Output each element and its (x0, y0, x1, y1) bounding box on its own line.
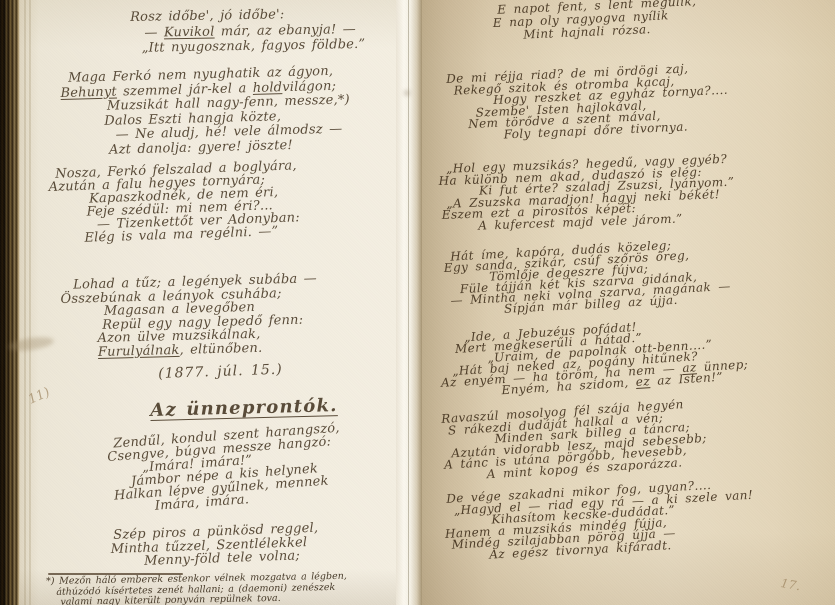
poem-line: „Itt nyugosznak, fagyos földbe.” (129, 37, 366, 57)
stanza-unneprontok-5: „Hol egy muzsikás? hegedű, vagy egyéb?Ha… (438, 154, 736, 233)
stanza-tengeri-hantas-close-4: Lohad a tűz; a legények subába —Összebún… (60, 272, 319, 360)
stanza-unneprontok-7: „Ide, a Jebuzéus pofádat!Mert megkeserűl… (438, 315, 749, 400)
page-number-text: 17. (780, 576, 802, 593)
poem-title: Az ünneprontók. (150, 395, 338, 421)
stanza-unneprontok-2: Szép piros a pünkösd reggel,Mintha tűzze… (110, 522, 319, 570)
poem-title-text: Az ünneprontók. (150, 395, 338, 421)
stanza-unneprontok-3: E napot fent, s lent megűlik,E nap oly r… (492, 0, 698, 43)
stanza-unneprontok-4: De mi réjja riad? de mi ördögi zaj,Rekeg… (446, 62, 730, 143)
poem-date-text: (1877. júl. 15.) (158, 362, 283, 382)
stanza-unneprontok-1: Zendűl, kondul szent harangszó,Csengve, … (106, 422, 345, 516)
page-number: 17. (780, 576, 802, 593)
stanza-tengeri-hantas-close-1: Rosz időbe', jó időbe':— Kuvikol már, az… (128, 6, 365, 57)
stanza-unneprontok-8: Ravaszúl mosolyog fél szája hegyénS ráke… (441, 398, 708, 483)
footnote: *) Mezőn háló emberek estenkor vélnek mo… (46, 572, 347, 605)
poem-date: (1877. júl. 15.) (158, 362, 283, 382)
stanza-unneprontok-6: Hát íme, kapóra, dudás közeleg;Egy sanda… (443, 237, 732, 318)
stanza-unneprontok-9: De vége szakadni mikor fog, ugyan?....„H… (443, 478, 756, 563)
handwriting-layer: Rosz időbe', jó időbe':— Kuvikol már, az… (0, 0, 835, 605)
manuscript-book-spread: Rosz időbe', jó időbe':— Kuvikol már, az… (0, 0, 835, 605)
margin-number: 11) (26, 385, 52, 408)
stanza-tengeri-hantas-close-3: Nosza, Ferkó felszalad a boglyára,Azután… (48, 159, 301, 246)
stanza-tengeri-hantas-close-2: Maga Ferkó nem nyughatik az ágyon,Behuny… (60, 64, 351, 159)
margin-number-text: 11) (26, 385, 52, 408)
